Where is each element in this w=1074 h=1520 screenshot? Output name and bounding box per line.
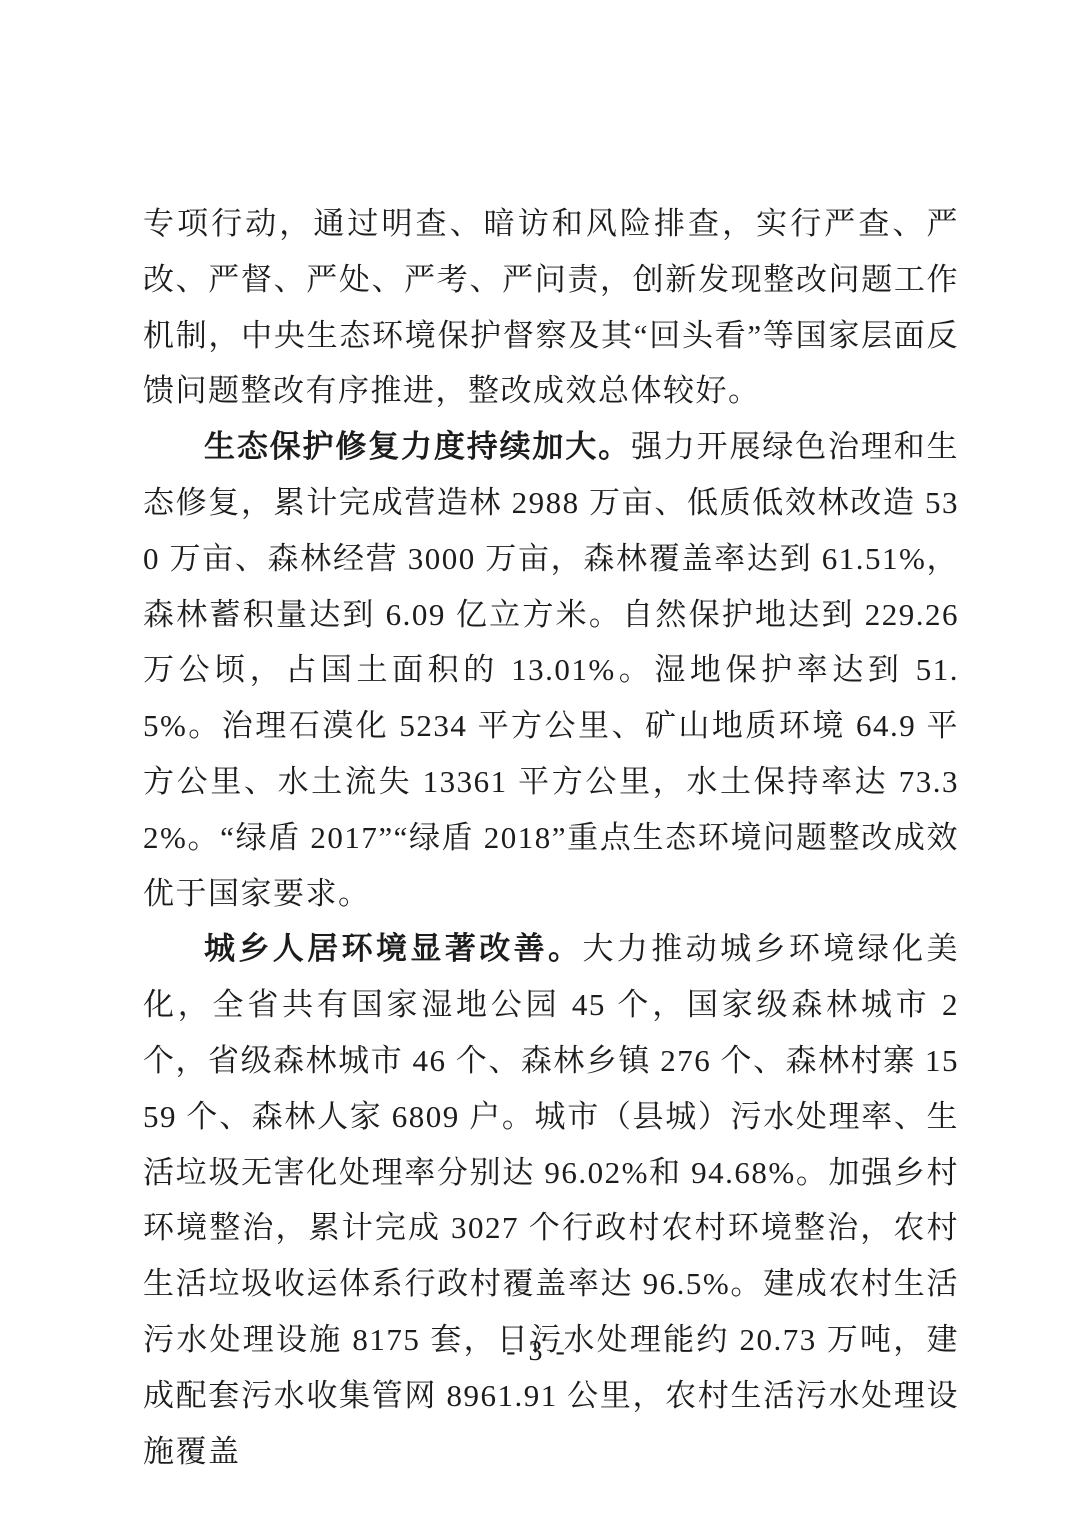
paragraph-text: 专项行动，通过明查、暗访和风险排查，实行严查、严改、严督、严处、严考、严问责，创… bbox=[143, 206, 959, 408]
document-body: 专项行动，通过明查、暗访和风险排查，实行严查、严改、严督、严处、严考、严问责，创… bbox=[143, 196, 959, 1479]
paragraph-continuation: 专项行动，通过明查、暗访和风险排查，实行严查、严改、严督、严处、严考、严问责，创… bbox=[143, 196, 959, 419]
page-number: - 3 - bbox=[506, 1336, 568, 1367]
paragraph-text: 强力开展绿色治理和生态修复，累计完成营造林 2988 万亩、低质低效林改造 53… bbox=[143, 429, 959, 910]
document-page: 专项行动，通过明查、暗访和风险排查，实行严查、严改、严督、严处、严考、严问责，创… bbox=[0, 0, 1074, 1520]
paragraph-lead: 生态保护修复力度持续加大。 bbox=[204, 429, 631, 464]
paragraph-ecological-restoration: 生态保护修复力度持续加大。强力开展绿色治理和生态修复，累计完成营造林 2988 … bbox=[143, 419, 959, 921]
paragraph-lead: 城乡人居环境显著改善。 bbox=[204, 931, 582, 966]
paragraph-urban-rural-environment: 城乡人居环境显著改善。大力推动城乡环境绿化美化，全省共有国家湿地公园 45 个，… bbox=[143, 921, 959, 1479]
paragraph-text: 大力推动城乡环境绿化美化，全省共有国家湿地公园 45 个，国家级森林城市 2 个… bbox=[143, 931, 959, 1468]
page-footer: - 3 - bbox=[0, 1336, 1074, 1368]
